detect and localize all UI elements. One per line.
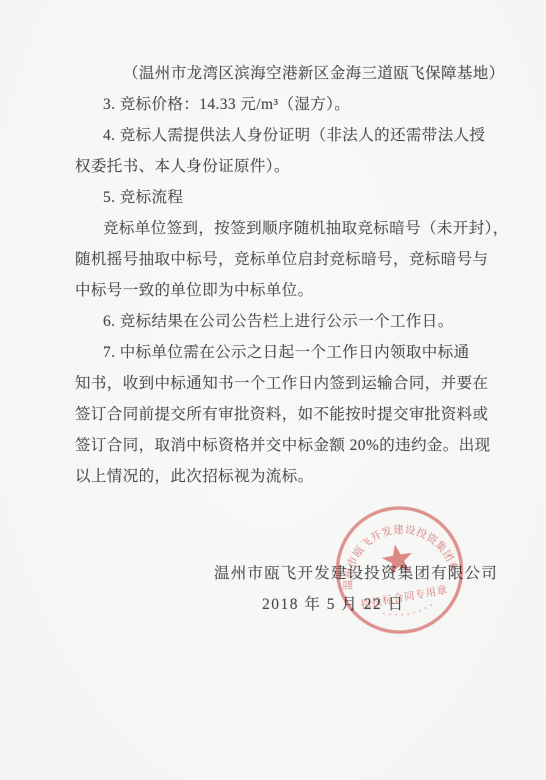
document-line: 知书，收到中标通知书一个工作日内签到运输合同，并要在 — [75, 368, 481, 399]
document-body: （温州市龙湾区滨海空港新区金海三道瓯飞保障基地） 3. 竞标价格：14.33 元… — [75, 58, 481, 492]
seal-arc-text-holder: 温州市瓯飞开发建设投资集团有限公司 — [308, 485, 461, 597]
document-line: 竞标单位签到，按签到顺序随机抽取竞标暗号（未开封）， — [75, 213, 481, 244]
document-line: 4. 竞标人需提供法人身份证明（非法人的还需带法人授 — [75, 120, 481, 151]
company-seal: 温州市瓯飞开发建设投资集团有限公司 招投标合同专用章 — [308, 485, 492, 661]
document-line: 6. 竞标结果在公司公告栏上进行公示一个工作日。 — [75, 306, 481, 337]
document-line: 签订合同前提交所有审批资料，如不能按时提交审批资料或 — [75, 399, 481, 430]
document-line: 随机摇号抽取中标号，竞标单位启封竞标暗号，竞标暗号与 — [75, 244, 481, 275]
scanned-document-page: （温州市龙湾区滨海空港新区金海三道瓯飞保障基地） 3. 竞标价格：14.33 元… — [0, 0, 546, 780]
document-line: 权委托书、本人身份证原件）。 — [75, 151, 481, 182]
seal-star-icon — [380, 542, 415, 576]
document-line: 以上情况的，此次招标视为流标。 — [75, 461, 481, 492]
seal-type-text: 招投标合同专用章 — [360, 583, 449, 611]
document-line: （温州市龙湾区滨海空港新区金海三道瓯飞保障基地） — [75, 58, 481, 89]
document-line: 3. 竞标价格：14.33 元/m³（湿方）。 — [75, 89, 481, 120]
document-line: 5. 竞标流程 — [75, 182, 481, 213]
seal-serial-dots — [383, 604, 433, 620]
document-line: 7. 中标单位需在公示之日起一个工作日内领取中标通 — [75, 337, 481, 368]
document-line: 中标号一致的单位即为中标单位。 — [75, 275, 481, 306]
seal-arc-text: 温州市瓯飞开发建设投资集团有限公司 — [308, 485, 461, 597]
document-line: 签订合同，取消中标资格并交中标金额 20%的违约金。出现 — [75, 430, 481, 461]
